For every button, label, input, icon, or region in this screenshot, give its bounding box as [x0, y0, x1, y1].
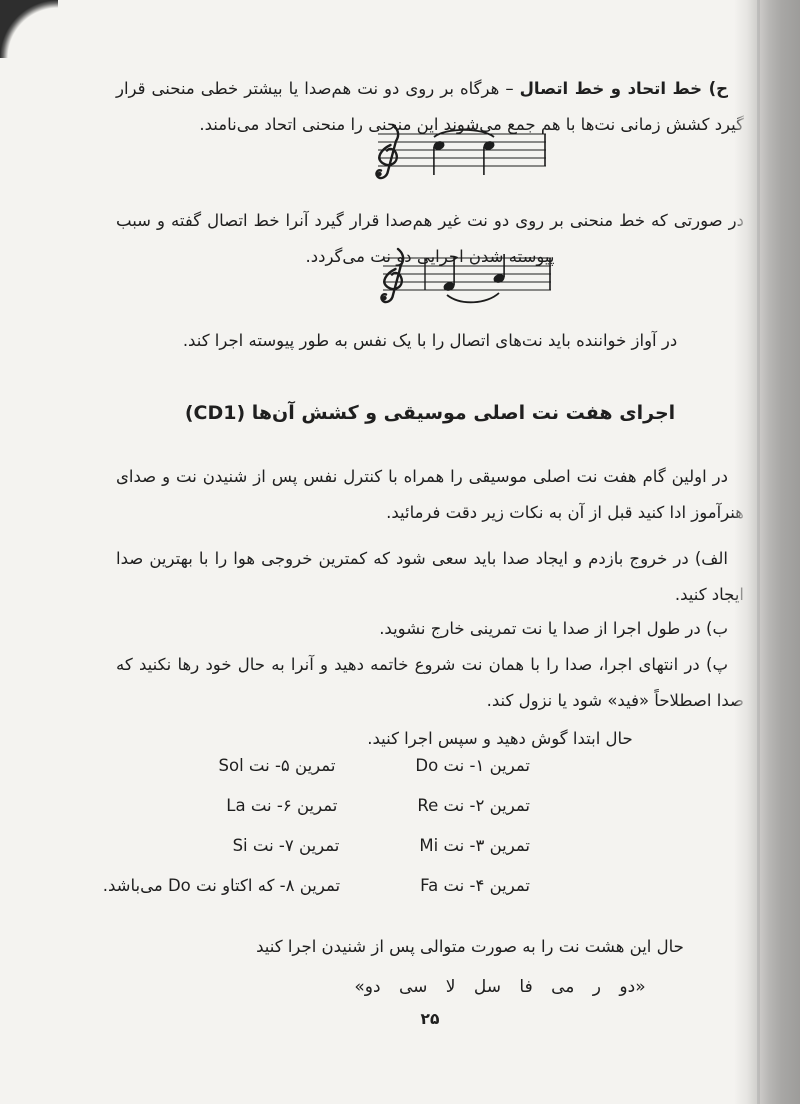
paragraph-point-be: ب) در طول اجرا از صدا یا نت تمرینی خارج …	[116, 611, 744, 647]
solfege-line: «دو ر می فا سل لا سی دو»	[256, 969, 744, 1005]
tie-term-label: ح) خط اتحاد و خط اتصال	[520, 79, 728, 98]
clef-dot	[382, 296, 386, 300]
paragraph-point-alef: الف) در خروج بازدم و ایجاد صدا باید سعی …	[116, 541, 744, 613]
paragraph-intro: در اولین گام هفت نت اصلی موسیقی را همراه…	[116, 459, 744, 531]
paragraph-point-pe: پ) در انتهای اجرا، صدا را با همان نت شرو…	[116, 647, 744, 719]
exercise-item: تمرین ۷- نت Si	[116, 828, 419, 868]
music-figure-slur	[365, 246, 555, 316]
music-figure-tie	[360, 122, 550, 192]
scan-corner-artifact	[0, 0, 58, 58]
exercise-item: تمرین ۵- نت Sol	[116, 748, 415, 788]
exercise-item: تمرین ۲- نت Re	[417, 788, 744, 828]
tie-curve	[434, 130, 494, 137]
exercise-row: تمرین ۳- نت Mi تمرین ۷- نت Si	[116, 828, 744, 868]
paragraph-one-breath: در آواز خواننده باید نت‌های اتصال را با …	[116, 323, 744, 359]
exercise-list: تمرین ۱- نت Do تمرین ۵- نت Sol تمرین ۲- …	[116, 748, 744, 908]
exercise-item: تمرین ۴- نت Fa	[420, 868, 744, 908]
exercise-item: تمرین ۱- نت Do	[415, 748, 744, 788]
staff-lines	[378, 134, 546, 166]
staff-tied-notes-svg	[360, 122, 550, 192]
paragraph-slur-definition-line1: در صورتی که خط منحنی بر روی دو نت غیر هم…	[116, 203, 744, 239]
section-heading-seven-notes: اجرای هفت نت اصلی موسیقی و کشش آن‌ها (CD…	[116, 398, 744, 428]
scanned-book-page: ح) خط اتحاد و خط اتصال – هرگاه بر روی دو…	[0, 0, 800, 1104]
exercise-row: تمرین ۴- نت Fa تمرین ۸- که اکتاو نت Do م…	[116, 868, 744, 908]
exercise-item: تمرین ۶- نت La	[116, 788, 417, 828]
exercise-row: تمرین ۱- نت Do تمرین ۵- نت Sol	[116, 748, 744, 788]
clef-dot	[377, 172, 381, 176]
exercise-row: تمرین ۲- نت Re تمرین ۶- نت La	[116, 788, 744, 828]
page-number: ۲۵	[116, 1005, 744, 1033]
exercise-item: تمرین ۳- نت Mi	[419, 828, 744, 868]
exercise-item: تمرین ۸- که اکتاو نت Do می‌باشد.	[103, 868, 420, 908]
staff-slurred-notes-svg	[365, 246, 555, 316]
paragraph-sequence: حال این هشت نت را به صورت متوالی پس از ش…	[196, 929, 744, 965]
treble-clef-icon	[376, 125, 398, 178]
slur-curve	[447, 293, 499, 302]
treble-clef-icon	[381, 249, 403, 302]
staff-lines	[383, 258, 551, 290]
